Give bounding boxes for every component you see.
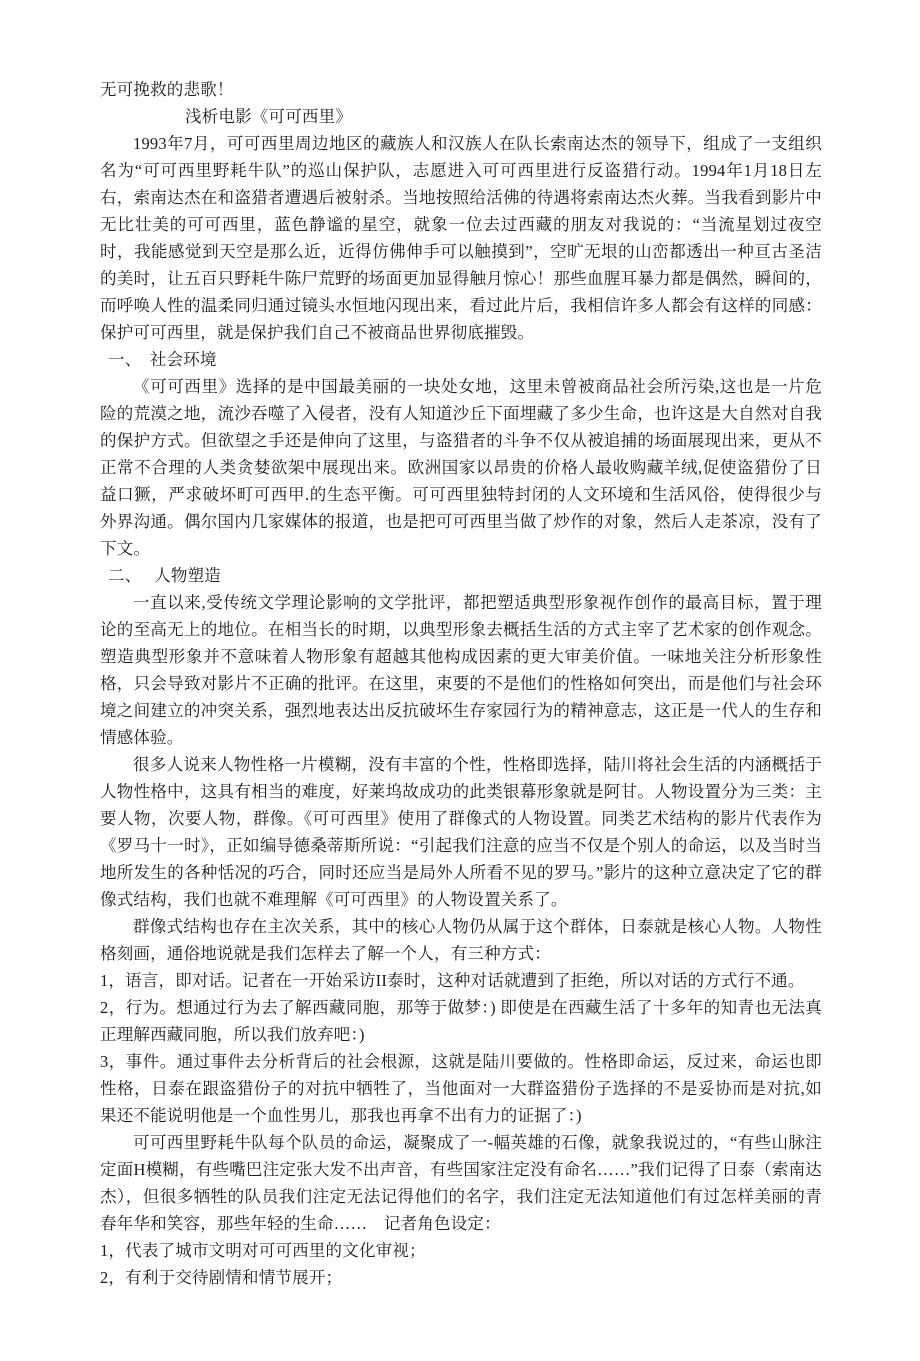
opening-line: 无可挽救的悲歌！	[100, 76, 822, 103]
body-paragraph: 《可可西里》选择的是中国最美丽的一块处女地，这里未曾被商品社会所污染,这也是一片…	[100, 373, 822, 562]
section-heading: 二、 人物塑造	[108, 562, 822, 589]
document-body: 无可挽救的悲歌！浅析电影《可可西里》1993年7月，可可西里周边地区的藏族人和汉…	[100, 76, 822, 1291]
body-paragraph: 可可西里野耗牛队每个队员的命运，凝聚成了一-幅英雄的石像，就象我说过的，“有些山…	[100, 1129, 822, 1237]
essay-subtitle: 浅析电影《可可西里》	[185, 103, 822, 130]
numbered-list-line: 3，事件。通过事件去分析背后的社会根源，这就是陆川要做的。性格即命运，反过来，命…	[100, 1048, 822, 1129]
numbered-list-line: 2，行为。想通过行为去了解西藏同胞，那等于做梦：) 即使是在西藏生活了十多年的知…	[100, 994, 822, 1048]
body-paragraph: 很多人说来人物性格一片模糊，没有丰富的个性，性格即选择，陆川将社会生活的内涵概括…	[100, 751, 822, 913]
numbered-list-line: 1，代表了城市文明对可可西里的文化审视；	[100, 1237, 822, 1264]
body-paragraph: 1993年7月，可可西里周边地区的藏族人和汉族人在队长索南达杰的领导下，组成了一…	[100, 130, 822, 346]
body-paragraph: 一直以来,受传统文学理论影响的文学批评，都把塑适典型形象视作创作的最高目标，置于…	[100, 589, 822, 751]
section-heading: 一、 社会环境	[108, 346, 822, 373]
numbered-list-line: 2，有利于交待剧情和情节展开；	[100, 1264, 822, 1291]
numbered-list-line: 1，语言，即对话。记者在一开始采访II泰时，这种对话就遭到了拒绝，所以对话的方式…	[100, 967, 822, 994]
document-page: 无可挽救的悲歌！浅析电影《可可西里》1993年7月，可可西里周边地区的藏族人和汉…	[0, 0, 920, 1361]
body-paragraph: 群像式结构也存在主次关系，其中的核心人物仍从属于这个群体，日泰就是核心人物。人物…	[100, 913, 822, 967]
